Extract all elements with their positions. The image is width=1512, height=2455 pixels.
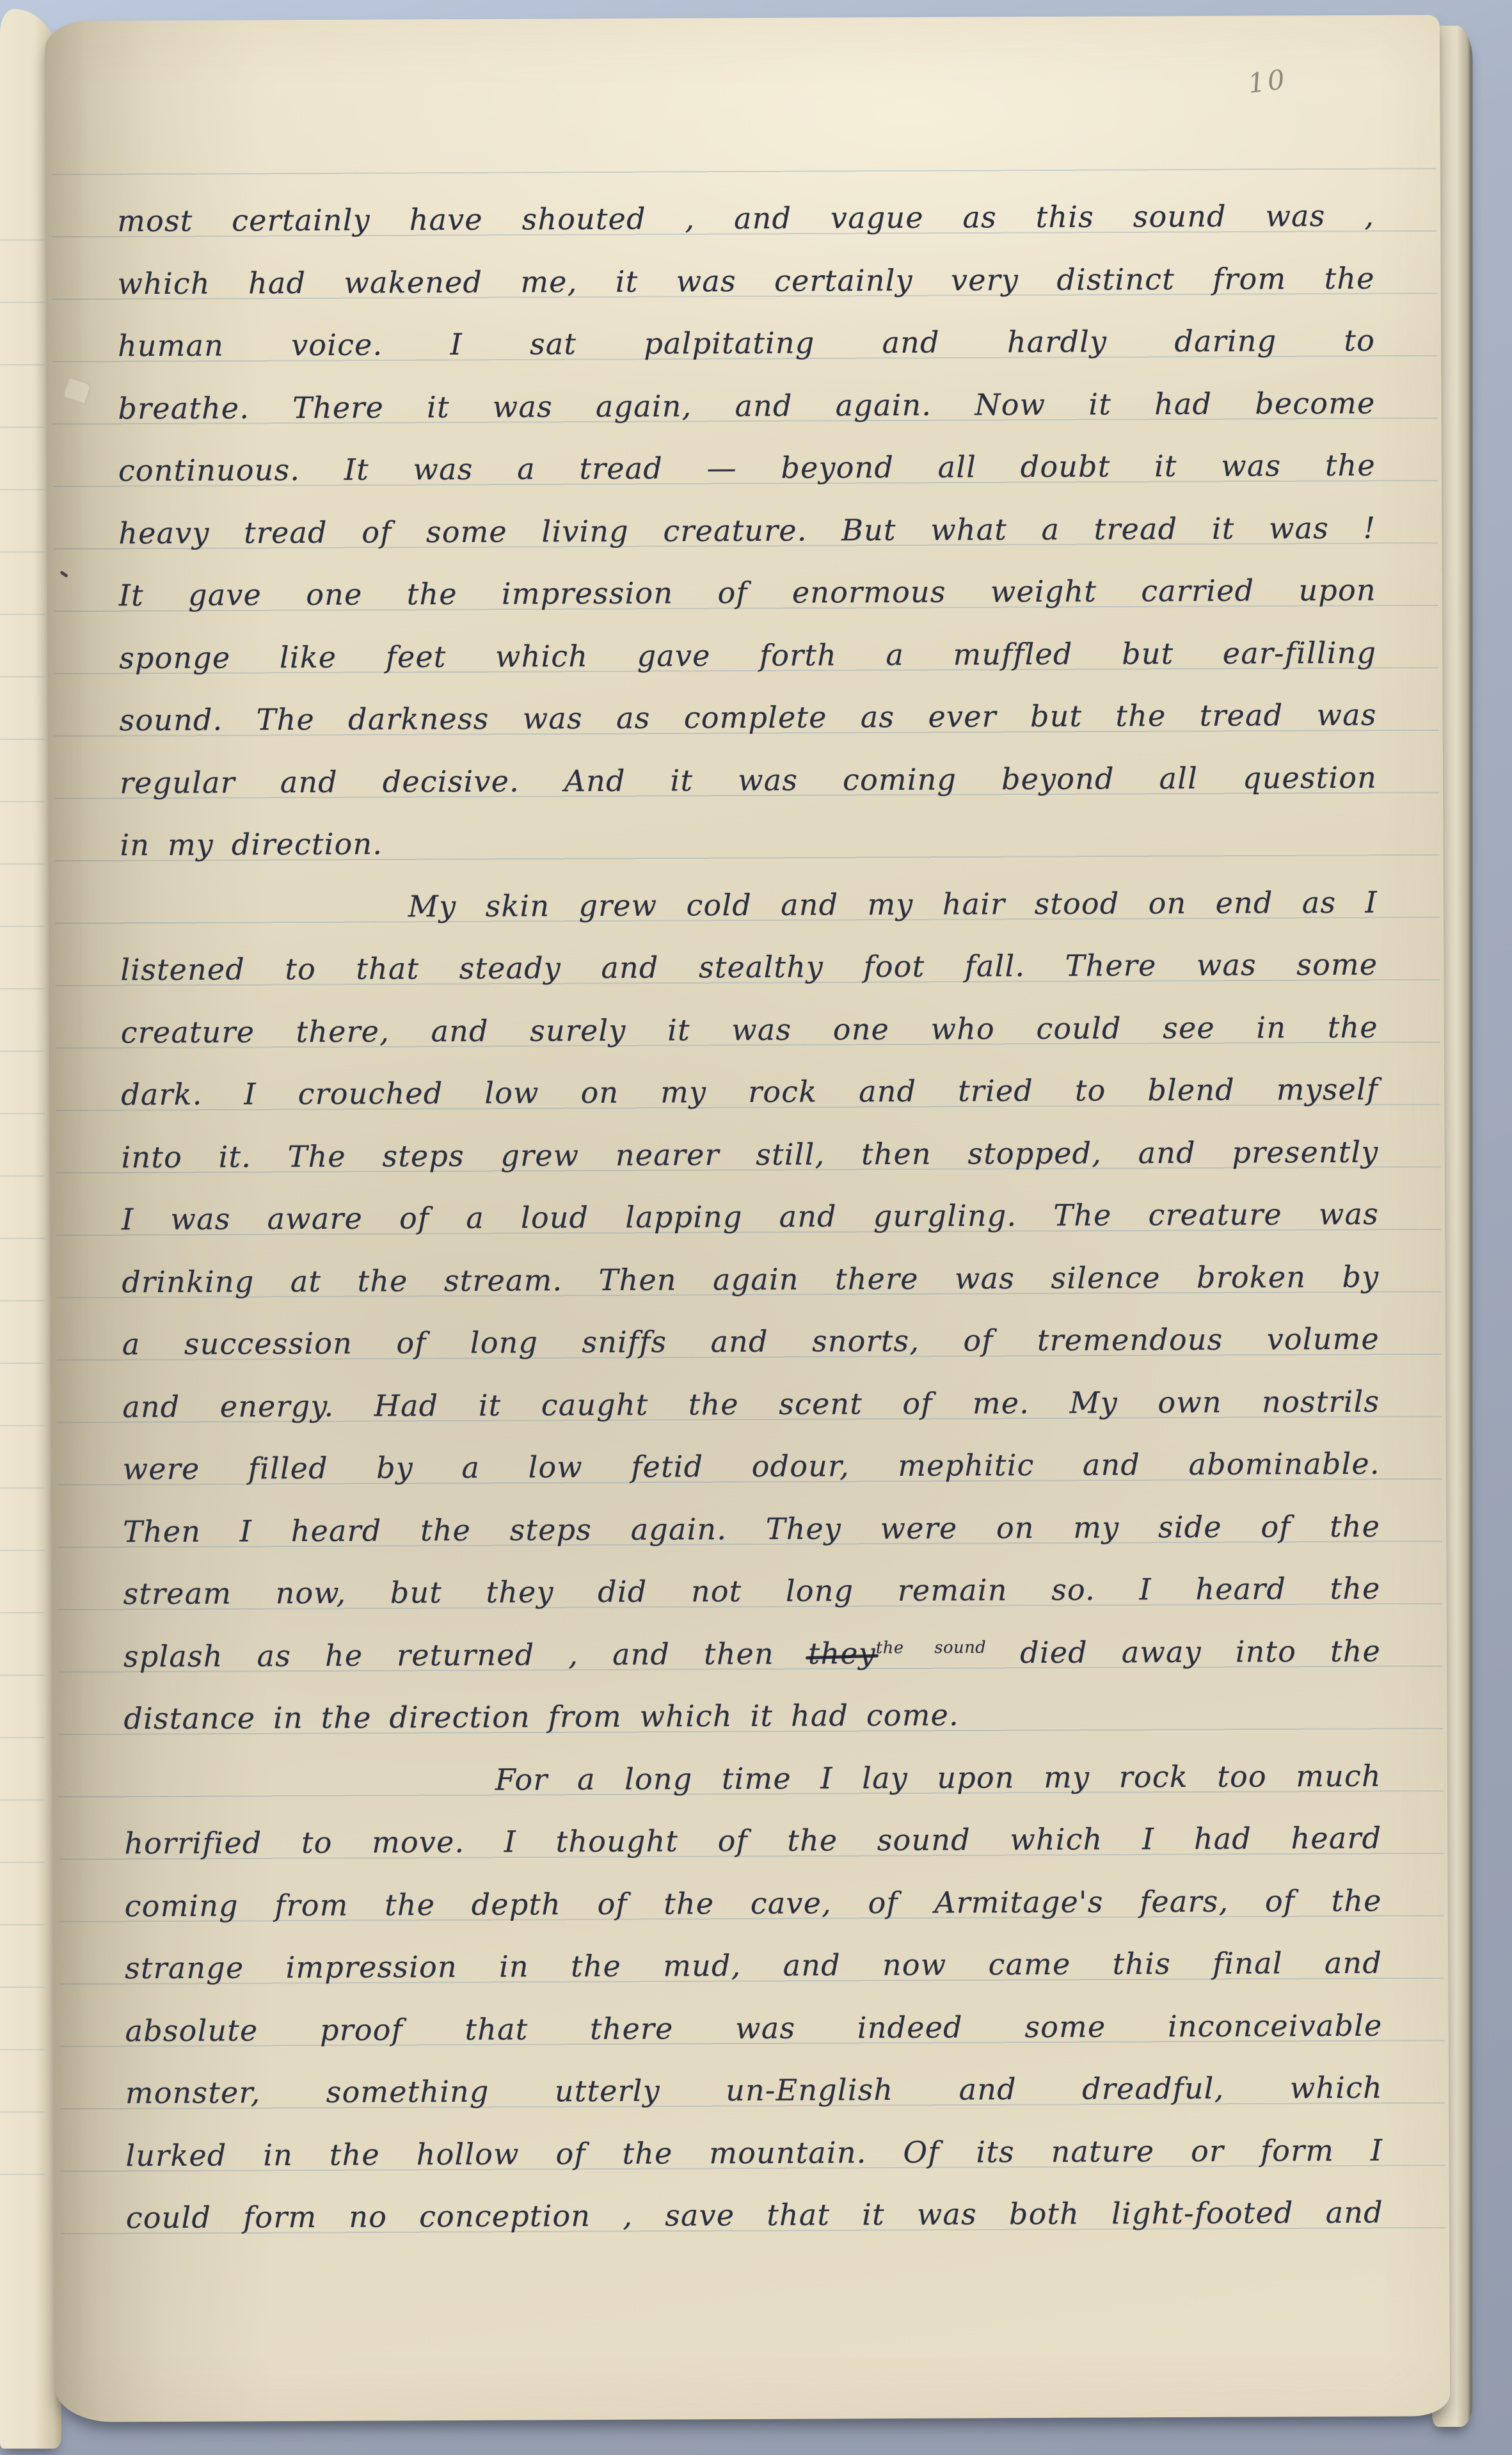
manuscript-line: were filled by a low fetid odour, mephit… — [123, 1449, 1380, 1494]
manuscript-line: For a long time I lay upon my rock too m… — [495, 1761, 1381, 1804]
manuscript-line: Then I heard the steps again. They were … — [123, 1511, 1380, 1556]
manuscript-line: coming from the depth of the cave, of Ar… — [125, 1885, 1382, 1931]
manuscript-line: human voice. I sat palpitating and hardl… — [118, 326, 1375, 371]
manuscript-line: and energy. Had it caught the scent of m… — [122, 1386, 1380, 1432]
manuscript-line: continuous. It was a tread — beyond all … — [118, 451, 1376, 496]
manuscript-line: I was aware of a loud lapping and gurgli… — [122, 1199, 1379, 1245]
manuscript-line: could form no conception , save that it … — [126, 2198, 1383, 2243]
manuscript-line: breathe. There it was again, and again. … — [118, 388, 1375, 433]
manuscript-line: sound. The darkness was as complete as e… — [119, 700, 1376, 746]
manuscript-line: splash as he returned , and then theythe… — [123, 1636, 1381, 1681]
handwritten-text: most certainly have shouted , and vague … — [45, 15, 1450, 2422]
manuscript-line: into it. The steps grew nearer still, th… — [121, 1137, 1378, 1182]
manuscript-line: lurked in the hollow of the mountain. Of… — [125, 2135, 1383, 2180]
manuscript-line: drinking at the stream. Then again there… — [122, 1261, 1379, 1307]
manuscript-line: most certainly have shouted , and vague … — [117, 201, 1374, 246]
manuscript-line: in my direction. — [120, 825, 1377, 870]
struck-out-word: they — [808, 1636, 876, 1670]
manuscript-line: regular and decisive. And it was coming … — [120, 762, 1377, 808]
manuscript-line: which had wakened me, it was certainly v… — [118, 263, 1375, 308]
manuscript-line: a succession of long sniffs and snorts, … — [122, 1324, 1380, 1370]
manuscript-line: My skin grew cold and my hair stood on e… — [408, 887, 1378, 931]
previous-page-ruled-lines — [0, 239, 45, 2198]
photograph-backdrop: { "document": { "kind": "handwritten man… — [0, 0, 1512, 2455]
manuscript-line: monster, something utterly un-English an… — [125, 2073, 1383, 2118]
manuscript-line: It gave one the impression of enormous w… — [119, 575, 1376, 621]
manuscript-line: horrified to move. I thought of the soun… — [124, 1823, 1381, 1869]
manuscript-line: listened to that steady and stealthy foo… — [120, 950, 1378, 995]
line-text: died away into the — [986, 1633, 1381, 1670]
manuscript-line: dark. I crouched low on my rock and trie… — [121, 1075, 1378, 1120]
manuscript-page: 10 most certainly have shouted , and vag… — [45, 15, 1450, 2422]
manuscript-line: heavy tread of some living creature. But… — [118, 513, 1376, 558]
manuscript-line: absolute proof that there was indeed som… — [125, 2010, 1382, 2056]
manuscript-line: distance in the direction from which it … — [123, 1699, 1381, 1744]
manuscript-line: creature there, and surely it was one wh… — [121, 1012, 1378, 1057]
manuscript-line: stream now, but they did not long remain… — [123, 1574, 1380, 1619]
manuscript-line: strange impression in the mud, and now c… — [125, 1948, 1382, 1994]
inserted-correction: the sound — [876, 1638, 986, 1658]
line-text: splash as he returned , and then — [123, 1636, 808, 1674]
manuscript-line: sponge like feet which gave forth a muff… — [119, 637, 1376, 683]
